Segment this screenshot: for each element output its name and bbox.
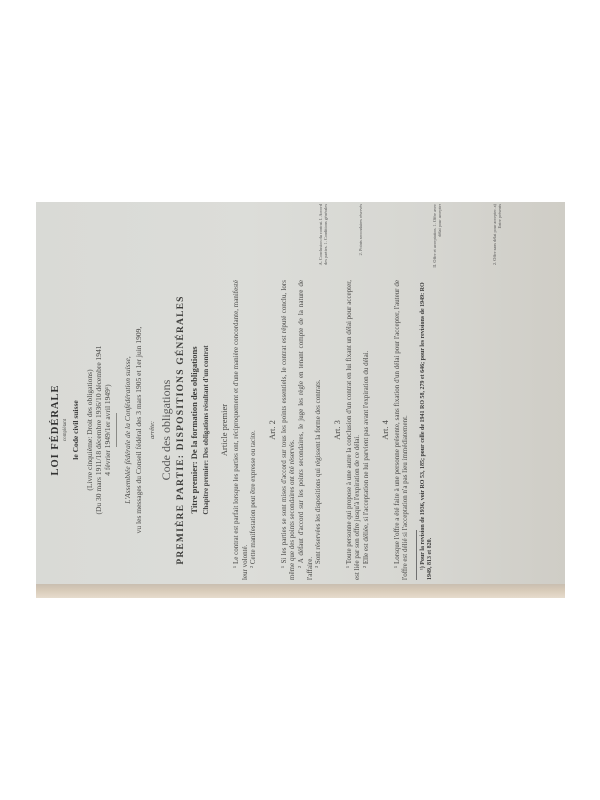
article-heading: Art. 4 (380, 280, 390, 580)
preamble-assembly: L'Assemblée fédérale de la Confédération… (123, 280, 132, 580)
part-title: PREMIÈRE PARTIE: DISPOSITIONS GÉNÉRALES (176, 280, 186, 580)
code-title: Code des obligations (159, 280, 174, 580)
article-paragraph: ¹ Si les parties se sont mises d'accord … (280, 280, 297, 580)
article-3: Art. 3 ¹ Toute personne qui propose à un… (332, 280, 371, 580)
divider (116, 413, 117, 447)
law-completant: complétant (63, 280, 68, 580)
rotated-page: LOI FÉDÉRALE complétant le Code civil su… (40, 202, 560, 586)
article-paragraph: ³ Sont réservées les dispositions qui ré… (314, 280, 323, 580)
margin-note: II. Offre et acceptation. 1. Offre avec … (432, 204, 442, 272)
article-paragraph: ² Elle est déliée, si l'acceptation ne l… (362, 280, 371, 580)
article-heading: Art. 3 (332, 280, 342, 580)
article-2: Art. 2 ¹ Si les parties se sont mises d'… (267, 280, 323, 580)
article-heading: Art. 2 (267, 280, 277, 580)
article-paragraph: ¹ Toute personne qui propose à une autre… (345, 280, 362, 580)
article-4: Art. 4 ¹ Lorsque l'offre a été faite à u… (380, 280, 410, 580)
footnote-divider (416, 530, 417, 580)
margin-note: 2. Offre sans délai pour accepter. a) En… (492, 204, 502, 272)
law-book: (Livre cinquième: Droit des obligations) (85, 280, 94, 580)
chapitre-heading: Chapitre premier: Des obligations résult… (202, 280, 210, 580)
article-1: Article premier ¹ Le contrat est parfait… (219, 280, 258, 580)
margin-note: A. Conclusion du contrat. I. Accord des … (318, 204, 328, 272)
margin-note: 2. Points secondaires réservés (358, 204, 363, 272)
article-paragraph: ² Cette manifestation peut être expresse… (249, 280, 258, 580)
preamble-arrete: arrête: (149, 280, 156, 580)
article-paragraph: ¹ Lorsque l'offre a été faite à une pers… (393, 280, 410, 580)
document-photo: LOI FÉDÉRALE complétant le Code civil su… (36, 202, 565, 598)
article-paragraph: ² A défaut d'accord sur les points secon… (297, 280, 314, 580)
article-paragraph: ¹ Le contrat est parfait lorsque les par… (232, 280, 249, 580)
main-text-column: LOI FÉDÉRALE complétant le Code civil su… (44, 280, 435, 580)
law-dates-1: (Du 30 mars 1911/18 décembre 1936/10 déc… (94, 280, 103, 580)
titre-heading: Titre premier: De la formation des oblig… (189, 280, 199, 580)
preamble-messages: vu les messages du Conseil fédéral des 3… (134, 280, 143, 580)
article-heading: Article premier (219, 280, 229, 580)
footnote: ¹) Pour la revision de 1936, voir RO 53,… (420, 280, 435, 580)
law-title: LOI FÉDÉRALE (50, 280, 61, 580)
page-edge (36, 584, 565, 598)
law-dates-2: 4 février 1949/1er avril 1949¹) (103, 280, 112, 580)
law-subject: le Code civil suisse (71, 280, 80, 580)
